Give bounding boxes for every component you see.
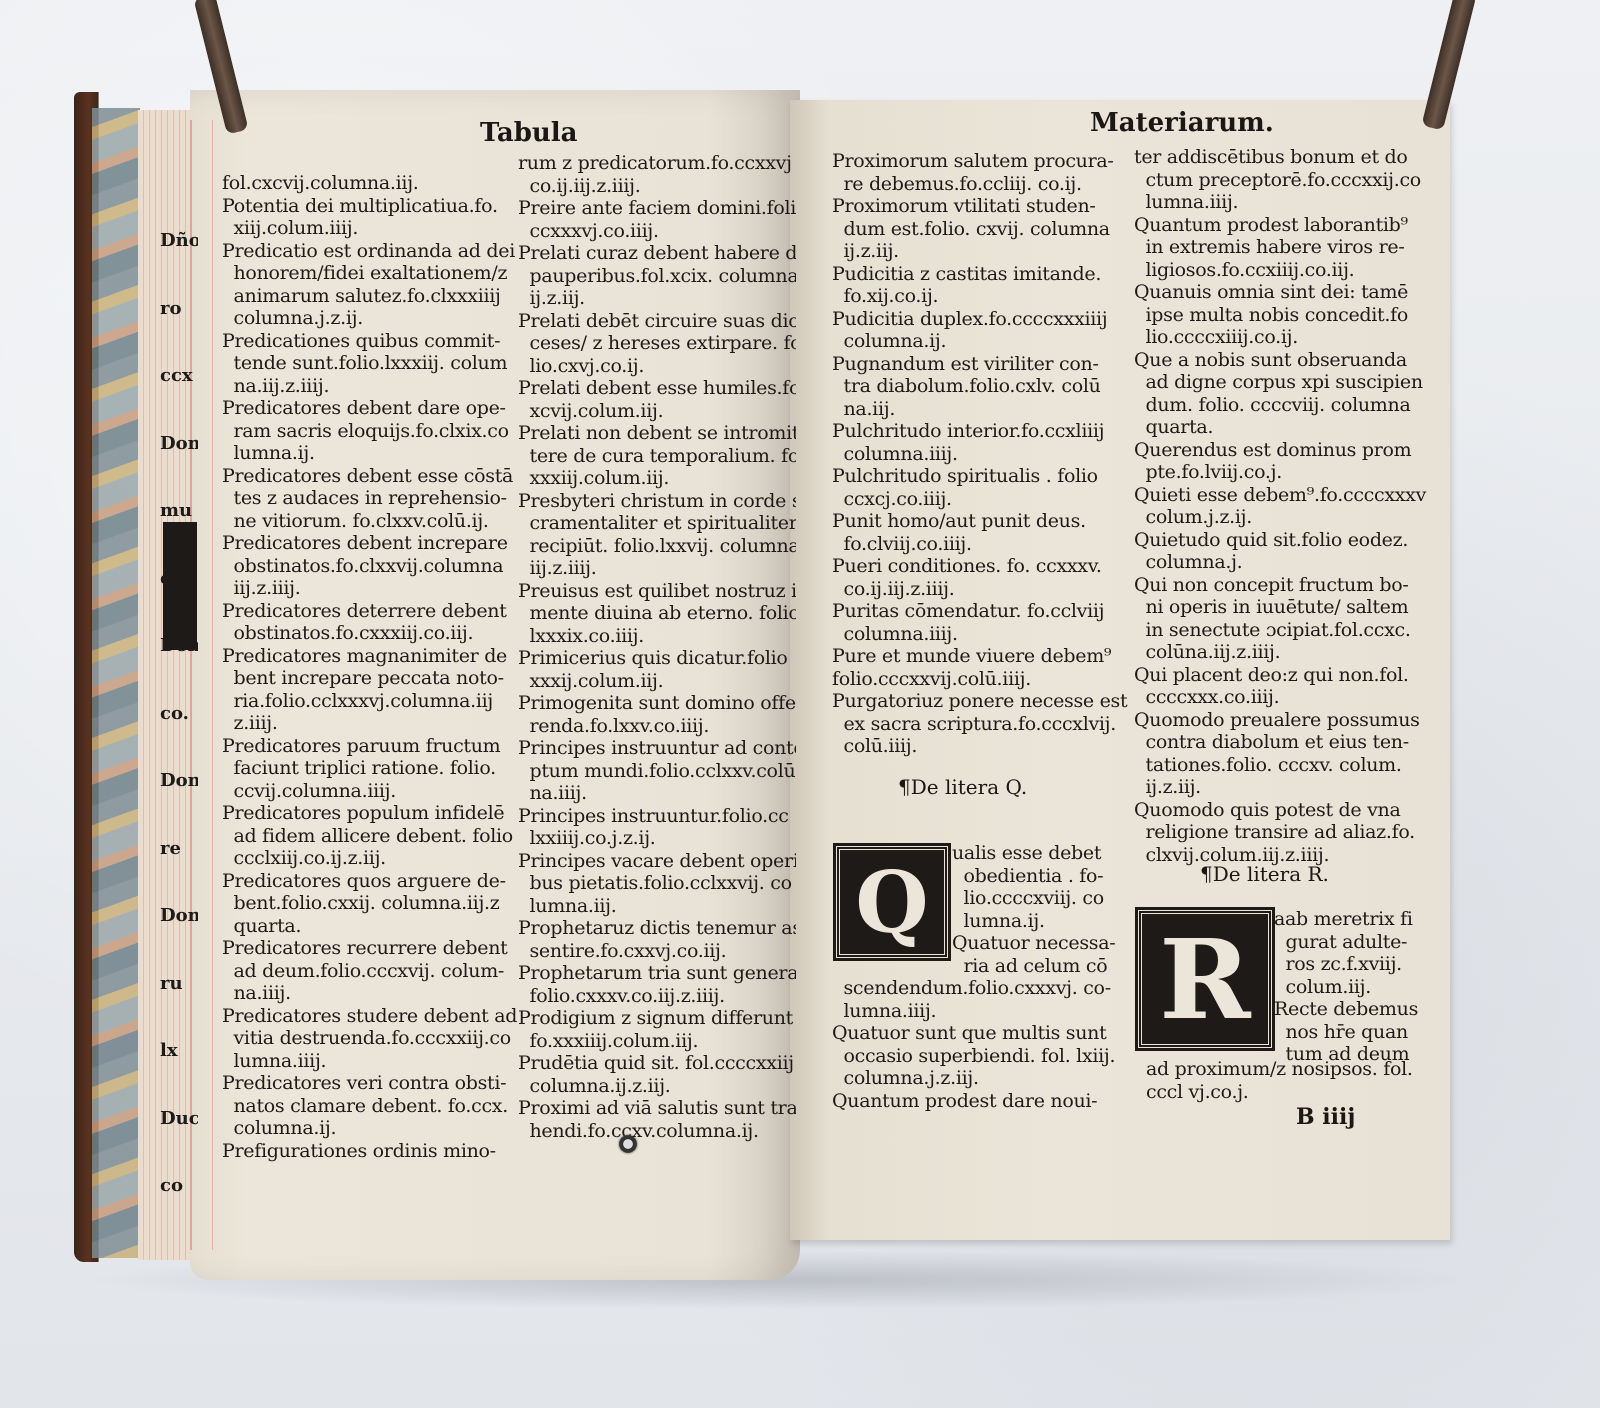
index-line: co.ij.iij.z.iiij. (832, 578, 1127, 601)
index-line: contra diabolum et eius ten- (1134, 731, 1434, 754)
index-line: ipse multa nobis concedit.fo (1134, 304, 1434, 327)
index-line: Predicatores paruum fructum (222, 735, 517, 758)
index-line: rum z predicatorum.fo.ccxxvj (518, 152, 796, 175)
index-line: Pulchritudo spiritualis . folio (832, 465, 1127, 488)
index-line: Pueri conditiones. fo. ccxxxv. (832, 555, 1127, 578)
index-line: folio.cxxxv.co.iij.z.iiij. (518, 985, 796, 1008)
index-line: xxxiij.colum.iij. (518, 467, 796, 490)
index-line: tere de cura temporalium. fo. (518, 445, 796, 468)
index-line: lumna.iiij. (222, 1050, 517, 1073)
index-line: obedientia . fo- (952, 865, 1115, 888)
index-line: bent.folio.cxxij. columna.iij.z (222, 892, 517, 915)
index-line: ni operis in iuuētute/ saltem (1134, 596, 1434, 619)
index-line: quarta. (1134, 416, 1434, 439)
index-line: dum. folio. ccccviij. columna (1134, 394, 1434, 417)
decorated-initial-r: R (1138, 910, 1272, 1048)
index-line: lumna.iiij. (832, 1000, 1115, 1023)
index-line: lio.ccccxiiij.co.ij. (1134, 326, 1434, 349)
running-head-right: Materiarum. (1090, 108, 1274, 138)
index-line: tationes.folio. cccxv. colum. (1134, 754, 1434, 777)
index-line: lumna.iij. (518, 895, 796, 918)
index-line: z.iiij. (222, 712, 517, 735)
index-line: ros zc.f.xviij. (1274, 953, 1418, 976)
index-line: Primogenita sunt domino offe- (518, 692, 796, 715)
index-line: ria.folio.cclxxxvj.columna.iij (222, 690, 517, 713)
index-line: Pudicitia z castitas imitande. (832, 263, 1127, 286)
index-line: na.iiij. (222, 982, 517, 1005)
index-line: Preuisus est quilibet nostruz in (518, 580, 796, 603)
index-line: Predicatores debent dare ope- (222, 397, 517, 420)
decorated-initial-q: Q (836, 846, 948, 958)
index-line: tende sunt.folio.lxxxiij. colum (222, 352, 517, 375)
index-line: co.ij.iij.z.iiij. (518, 175, 796, 198)
index-line: bent increpare peccata noto- (222, 667, 517, 690)
index-line: Prelati curaz debent habere de (518, 242, 796, 265)
marbled-endpaper (92, 108, 140, 1258)
index-line: ij.z.iij. (832, 240, 1127, 263)
index-line: fol.cxcvij.columna.iij. (222, 172, 517, 195)
index-line: lio.ccccxviij. co (952, 887, 1115, 910)
index-line: vitia destruenda.fo.cccxxiij.co (222, 1027, 517, 1050)
index-line: Que a nobis sunt obseruanda (1134, 349, 1434, 372)
q-entries-beside-initial: ualis esse debet obedientia . fo- lio.cc… (952, 842, 1115, 977)
index-line: Quantum prodest laborantib⁹ (1134, 214, 1434, 237)
index-line: colum.j.z.ij. (1134, 506, 1434, 529)
index-line: Predicatio est ordinanda ad dei (222, 240, 517, 263)
section-heading-q: ¶De litera Q. (898, 775, 1027, 799)
left-page-column-2: rum z predicatorum.fo.ccxxvj co.ij.iij.z… (518, 152, 796, 1142)
index-line: lumna.ij. (222, 442, 517, 465)
index-line: Quomodo preualere possumus (1134, 709, 1434, 732)
index-line: Quieti esse debem⁹.fo.ccccxxxv (1134, 484, 1434, 507)
index-line: ria ad celum cō (952, 955, 1115, 978)
right-page-column-1: Proximorum salutem procura- re debemus.f… (832, 150, 1127, 758)
index-line: ter addiscētibus bonum et do (1134, 146, 1434, 169)
pilcrow-icon: ¶ (1200, 862, 1213, 886)
index-line: xiij.colum.iiij. (222, 217, 517, 240)
index-line: Principes instruuntur ad conte- (518, 737, 796, 760)
index-line: columna.j.z.iij. (832, 1067, 1115, 1090)
index-line: Predicatores deterrere debent (222, 600, 517, 623)
index-line: lxxxix.co.iiij. (518, 625, 796, 648)
index-line: bus pietatis.folio.cclxxvij. co (518, 872, 796, 895)
index-line: in senectute ɔcipiat.fol.ccxc. (1134, 619, 1434, 642)
index-line: ualis esse debet (952, 842, 1115, 865)
index-line: pte.fo.lviij.co.j. (1134, 461, 1434, 484)
index-line: xxxij.colum.iij. (518, 670, 796, 693)
index-line: Qui placent deo:z qui non.fol. (1134, 664, 1434, 687)
index-line: ctum preceptorē.fo.cccxxij.co (1134, 169, 1434, 192)
index-line: ij.z.iij. (1134, 776, 1434, 799)
index-line: columna.j. (1134, 551, 1434, 574)
index-line: iij.z.iiij. (222, 577, 517, 600)
index-line: ccccxxx.co.iiij. (1134, 686, 1434, 709)
index-line: Pure et munde viuere debem⁹ (832, 645, 1127, 668)
index-line: lio.cxvj.co.ij. (518, 355, 796, 378)
index-line: Quatuor necessa- (952, 932, 1115, 955)
index-line: natos clamare debent. fo.ccx. (222, 1095, 517, 1118)
index-line: ad digne corpus xpi suscipien (1134, 371, 1434, 394)
index-line: Proximi ad viā salutis sunt tra- (518, 1097, 796, 1120)
index-line: ad fidem allicere debent. folio (222, 825, 517, 848)
index-line: Prelati debēt circuire suas dio- (518, 310, 796, 333)
index-line: animarum salutez.fo.clxxxiiij (222, 285, 517, 308)
index-line: cramentaliter et spiritualiter (518, 512, 796, 535)
index-line: columna.ij. (222, 1117, 517, 1140)
index-line: occasio superbiendi. fol. lxiij. (832, 1045, 1115, 1068)
index-line: tes z audaces in reprehensio- (222, 487, 517, 510)
index-line: Predicatores studere debent ad (222, 1005, 517, 1028)
index-line: iij.z.iiij. (518, 557, 796, 580)
signature-mark: B iiij (1296, 1104, 1355, 1130)
left-page-column-1: fol.cxcvij.columna.iij.Potentia dei mult… (222, 172, 517, 1162)
index-line: in extremis habere viros re- (1134, 236, 1434, 259)
index-line: religione transire ad aliaz.fo. (1134, 821, 1434, 844)
index-line: xcvij.colum.iij. (518, 400, 796, 423)
index-line: dum est.folio. cxvij. columna (832, 218, 1127, 241)
index-line: honorem/fidei exaltationem/z (222, 262, 517, 285)
index-line: columna.iiij. (832, 443, 1127, 466)
index-line: ccclxiij.co.ij.z.iij. (222, 847, 517, 870)
index-line: aab meretrix fi (1274, 908, 1418, 931)
index-line: Puritas cōmendatur. fo.cclviij (832, 600, 1127, 623)
index-line: Querendus est dominus prom (1134, 439, 1434, 462)
index-line: Primicerius quis dicatur.folio (518, 647, 796, 670)
r-entries-below-initial: ad proximum/z nosipsos. fol.cccl vj.co.j… (1146, 1058, 1413, 1103)
underlying-page-stub: Dño ro ccx Dom mu col Dom co. Dom re Dom… (160, 185, 198, 1220)
index-line: Prophetarum tria sunt genera (518, 962, 796, 985)
index-line: pauperibus.fol.xcix. columna (518, 265, 796, 288)
index-line: ceses/ z hereses extirpare. fo- (518, 332, 796, 355)
index-line: ij.z.iij. (518, 287, 796, 310)
index-line: ccxxxvj.co.iiij. (518, 220, 796, 243)
index-line: gurat adulte- (1274, 931, 1418, 954)
index-line: Presbyteri christum in corde sa- (518, 490, 796, 513)
index-line: ex sacra scriptura.fo.cccxlvij. (832, 713, 1127, 736)
index-line: Predicatores quos arguere de- (222, 870, 517, 893)
index-line: fo.xij.co.ij. (832, 285, 1127, 308)
index-line: sentire.fo.cxxvj.co.iij. (518, 940, 796, 963)
index-line: Preire ante faciem domini.folio (518, 197, 796, 220)
right-page-column-2: ter addiscētibus bonum et do ctum precep… (1134, 146, 1434, 866)
index-line: ccvij.columna.iiij. (222, 780, 517, 803)
pilcrow-icon: ¶ (898, 775, 911, 799)
running-head-left: Tabula (480, 118, 578, 148)
index-line: obstinatos.fo.cxxxiij.co.iij. (222, 622, 517, 645)
section-heading-r: ¶De litera R. (1200, 862, 1329, 886)
index-line: Qui non concepit fructum bo- (1134, 574, 1434, 597)
index-line: columna.ij.z.iij. (518, 1075, 796, 1098)
index-line: lumna.ij. (952, 910, 1115, 933)
index-line: ligiosos.fo.ccxiiij.co.iij. (1134, 259, 1434, 282)
index-line: mente diuina ab eterno. folio (518, 602, 796, 625)
index-line: re debemus.fo.ccliij. co.ij. (832, 173, 1127, 196)
index-line: faciunt triplici ratione. folio. (222, 757, 517, 780)
index-line: Pudicitia duplex.fo.ccccxxxiiij (832, 308, 1127, 331)
index-line: Proximorum vtilitati studen- (832, 195, 1127, 218)
printers-ornament (617, 1133, 639, 1155)
index-line: Quietudo quid sit.folio eodez. (1134, 529, 1434, 552)
index-line: obstinatos.fo.clxxvij.columna (222, 555, 517, 578)
q-entries-below-initial: scendendum.folio.cxxxvj. co- lumna.iiij.… (832, 977, 1115, 1112)
index-line: Proximorum salutem procura- (832, 150, 1127, 173)
index-line: scendendum.folio.cxxxvj. co- (832, 977, 1115, 1000)
index-line: columna.j.z.ij. (222, 307, 517, 330)
underlying-initial-fragment (163, 522, 197, 650)
index-line: Predicatores debent esse cōstā (222, 465, 517, 488)
index-line: Potentia dei multiplicatiua.fo. (222, 195, 517, 218)
index-line: Prelati debent esse humiles.fo. (518, 377, 796, 400)
index-line: Predicatores magnanimiter de (222, 645, 517, 668)
index-line: Principes instruuntur.folio.cc (518, 805, 796, 828)
index-line: ccxcj.co.iiij. (832, 488, 1127, 511)
index-line: Predicationes quibus commit- (222, 330, 517, 353)
index-line: Quantum prodest dare noui- (832, 1090, 1115, 1113)
index-line: Predicatores debent increpare (222, 532, 517, 555)
index-line: Punit homo/aut punit deus. (832, 510, 1127, 533)
index-line: colū.iiij. (832, 735, 1127, 758)
index-line: colūna.iij.z.iiij. (1134, 641, 1434, 664)
index-line: Predicatores veri contra obsti- (222, 1072, 517, 1095)
index-line: na.iiij. (518, 782, 796, 805)
index-line: Prodigium z signum differunt (518, 1007, 796, 1030)
index-line: hendi.fo.ccxv.columna.ij. (518, 1120, 796, 1143)
index-line: lxxiiij.co.j.z.ij. (518, 827, 796, 850)
index-line: folio.cccxxvij.colū.iiij. (832, 668, 1127, 691)
index-line: columna.iiij. (832, 623, 1127, 646)
r-entries-beside-initial: aab meretrix fi gurat adulte- ros zc.f.x… (1274, 908, 1418, 1066)
index-line: renda.fo.lxxv.co.iiij. (518, 715, 796, 738)
index-line: Quomodo quis potest de vna (1134, 799, 1434, 822)
index-line: Pugnandum est viriliter con- (832, 353, 1127, 376)
index-line: Prelati non debent se intromit- (518, 422, 796, 445)
index-line: fo.clviij.co.iiij. (832, 533, 1127, 556)
index-line: Pulchritudo interior.fo.ccxliiij (832, 420, 1127, 443)
index-line: na.iij.z.iiij. (222, 375, 517, 398)
index-line: recipiūt. folio.lxxvij. columna (518, 535, 796, 558)
index-line: Predicatores recurrere debent (222, 937, 517, 960)
index-line: Quatuor sunt que multis sunt (832, 1022, 1115, 1045)
index-line: Predicatores populum infidelē (222, 802, 517, 825)
index-line: ad deum.folio.cccxvij. colum- (222, 960, 517, 983)
index-line: columna.ij. (832, 330, 1127, 353)
index-line: ad proximum/z nosipsos. fol. (1146, 1058, 1413, 1081)
index-line: Recte debemus (1274, 998, 1418, 1021)
index-line: tra diabolum.folio.cxlv. colū (832, 375, 1127, 398)
index-line: quarta. (222, 915, 517, 938)
index-line: fo.xxxiiij.colum.iij. (518, 1030, 796, 1053)
index-line: ptum mundi.folio.cclxxv.colū (518, 760, 796, 783)
index-line: Principes vacare debent operi- (518, 850, 796, 873)
index-line: Prudētia quid sit. fol.ccccxxiij (518, 1052, 796, 1075)
index-line: ram sacris eloquijs.fo.clxix.co (222, 420, 517, 443)
index-line: ne vitiorum. fo.clxxv.colū.ij. (222, 510, 517, 533)
index-line: lumna.iiij. (1134, 191, 1434, 214)
index-line: Quanuis omnia sint dei: tamē (1134, 281, 1434, 304)
index-line: cccl vj.co.j. (1146, 1081, 1413, 1104)
index-line: Prefigurationes ordinis mino- (222, 1140, 517, 1163)
index-line: na.iij. (832, 398, 1127, 421)
index-line: nos hr̄e quan (1274, 1021, 1418, 1044)
index-line: Prophetaruz dictis tenemur as- (518, 917, 796, 940)
index-line: colum.iij. (1274, 976, 1418, 999)
index-line: Purgatoriuz ponere necesse est (832, 690, 1127, 713)
